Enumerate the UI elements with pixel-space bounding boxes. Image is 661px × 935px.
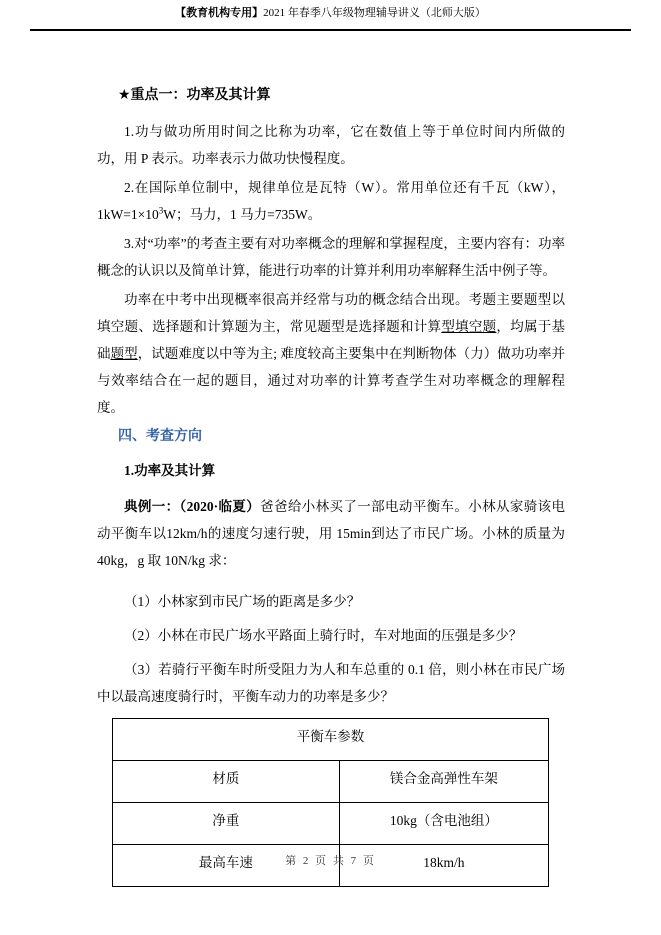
document-page: 【教育机构专用】2021 年春季八年级物理辅导讲义（北师大版） ★重点一：功率及… bbox=[0, 0, 661, 935]
table-label-net-weight: 净重 bbox=[113, 803, 340, 845]
table-row: 净重 10kg（含电池组） bbox=[113, 803, 549, 845]
section-heading-key-point: ★重点一：功率及其计算 bbox=[97, 82, 565, 109]
subsection-heading-power-calculation: 1.功率及其计算 bbox=[97, 457, 565, 484]
table-label-material: 材质 bbox=[113, 761, 340, 803]
table-row: 材质 镁合金高弹性车架 bbox=[113, 761, 549, 803]
table-value-net-weight: 10kg（含电池组） bbox=[339, 803, 548, 845]
table-value-material: 镁合金高弹性车架 bbox=[339, 761, 548, 803]
power-units-text-post: W；马力，1 马力=735W。 bbox=[163, 207, 321, 222]
paragraph-exam-types: 功率在中考中出现概率很高并经常与功的概念结合出现。考题主要题型以填空题、选择题和… bbox=[97, 286, 565, 421]
underlined-term-question-type: 题型 bbox=[111, 346, 138, 361]
question-3: （3）若骑行平衡车时所受阻力为人和车总重的 0.1 倍，则小林在市民广场中以最高… bbox=[97, 656, 565, 710]
page-header: 【教育机构专用】2021 年春季八年级物理辅导讲义（北师大版） bbox=[30, 0, 631, 31]
header-title-text: 2021 年春季八年级物理辅导讲义（北师大版） bbox=[263, 7, 486, 19]
underlined-term-fill-blank: 型填空题 bbox=[441, 319, 496, 334]
table-title-cell: 平衡车参数 bbox=[113, 719, 549, 761]
page-footer: 第 2 页 共 7 页 bbox=[0, 852, 661, 868]
section-heading-exam-direction: 四、考查方向 bbox=[97, 423, 565, 450]
example-paragraph: 典例一：（2020·临夏）爸爸给小林买了一部电动平衡车。小林从家骑该电动平衡车以… bbox=[97, 493, 565, 574]
exam-types-text-3: ，试题难度以中等为主; 难度较高主要集中在判断物体（力）做功功率并与效率结合在一… bbox=[97, 346, 565, 415]
document-body: ★重点一：功率及其计算 1.功与做功所用时间之比称为功率，它在数值上等于单位时间… bbox=[97, 82, 565, 887]
header-title-prefix: 【教育机构专用】 bbox=[175, 7, 263, 19]
paragraph-power-definition: 1.功与做功所用时间之比称为功率，它在数值上等于单位时间内所做的功，用 P 表示… bbox=[97, 118, 565, 172]
example-label: 典例一：（2020·临夏） bbox=[124, 499, 260, 514]
question-2: （2）小林在市民广场水平路面上骑行时，车对地面的压强是多少？ bbox=[97, 622, 565, 649]
paragraph-exam-focus: 3.对“功率”的考查主要有对功率概念的理解和掌握程度，主要内容有：功率概念的认识… bbox=[97, 230, 565, 284]
table-title-row: 平衡车参数 bbox=[113, 719, 549, 761]
paragraph-power-units: 2.在国际单位制中，规律单位是瓦特（W）。常用单位还有千瓦（kW），1kW=1×… bbox=[97, 174, 565, 228]
question-1: （1）小林家到市民广场的距离是多少？ bbox=[97, 588, 565, 615]
